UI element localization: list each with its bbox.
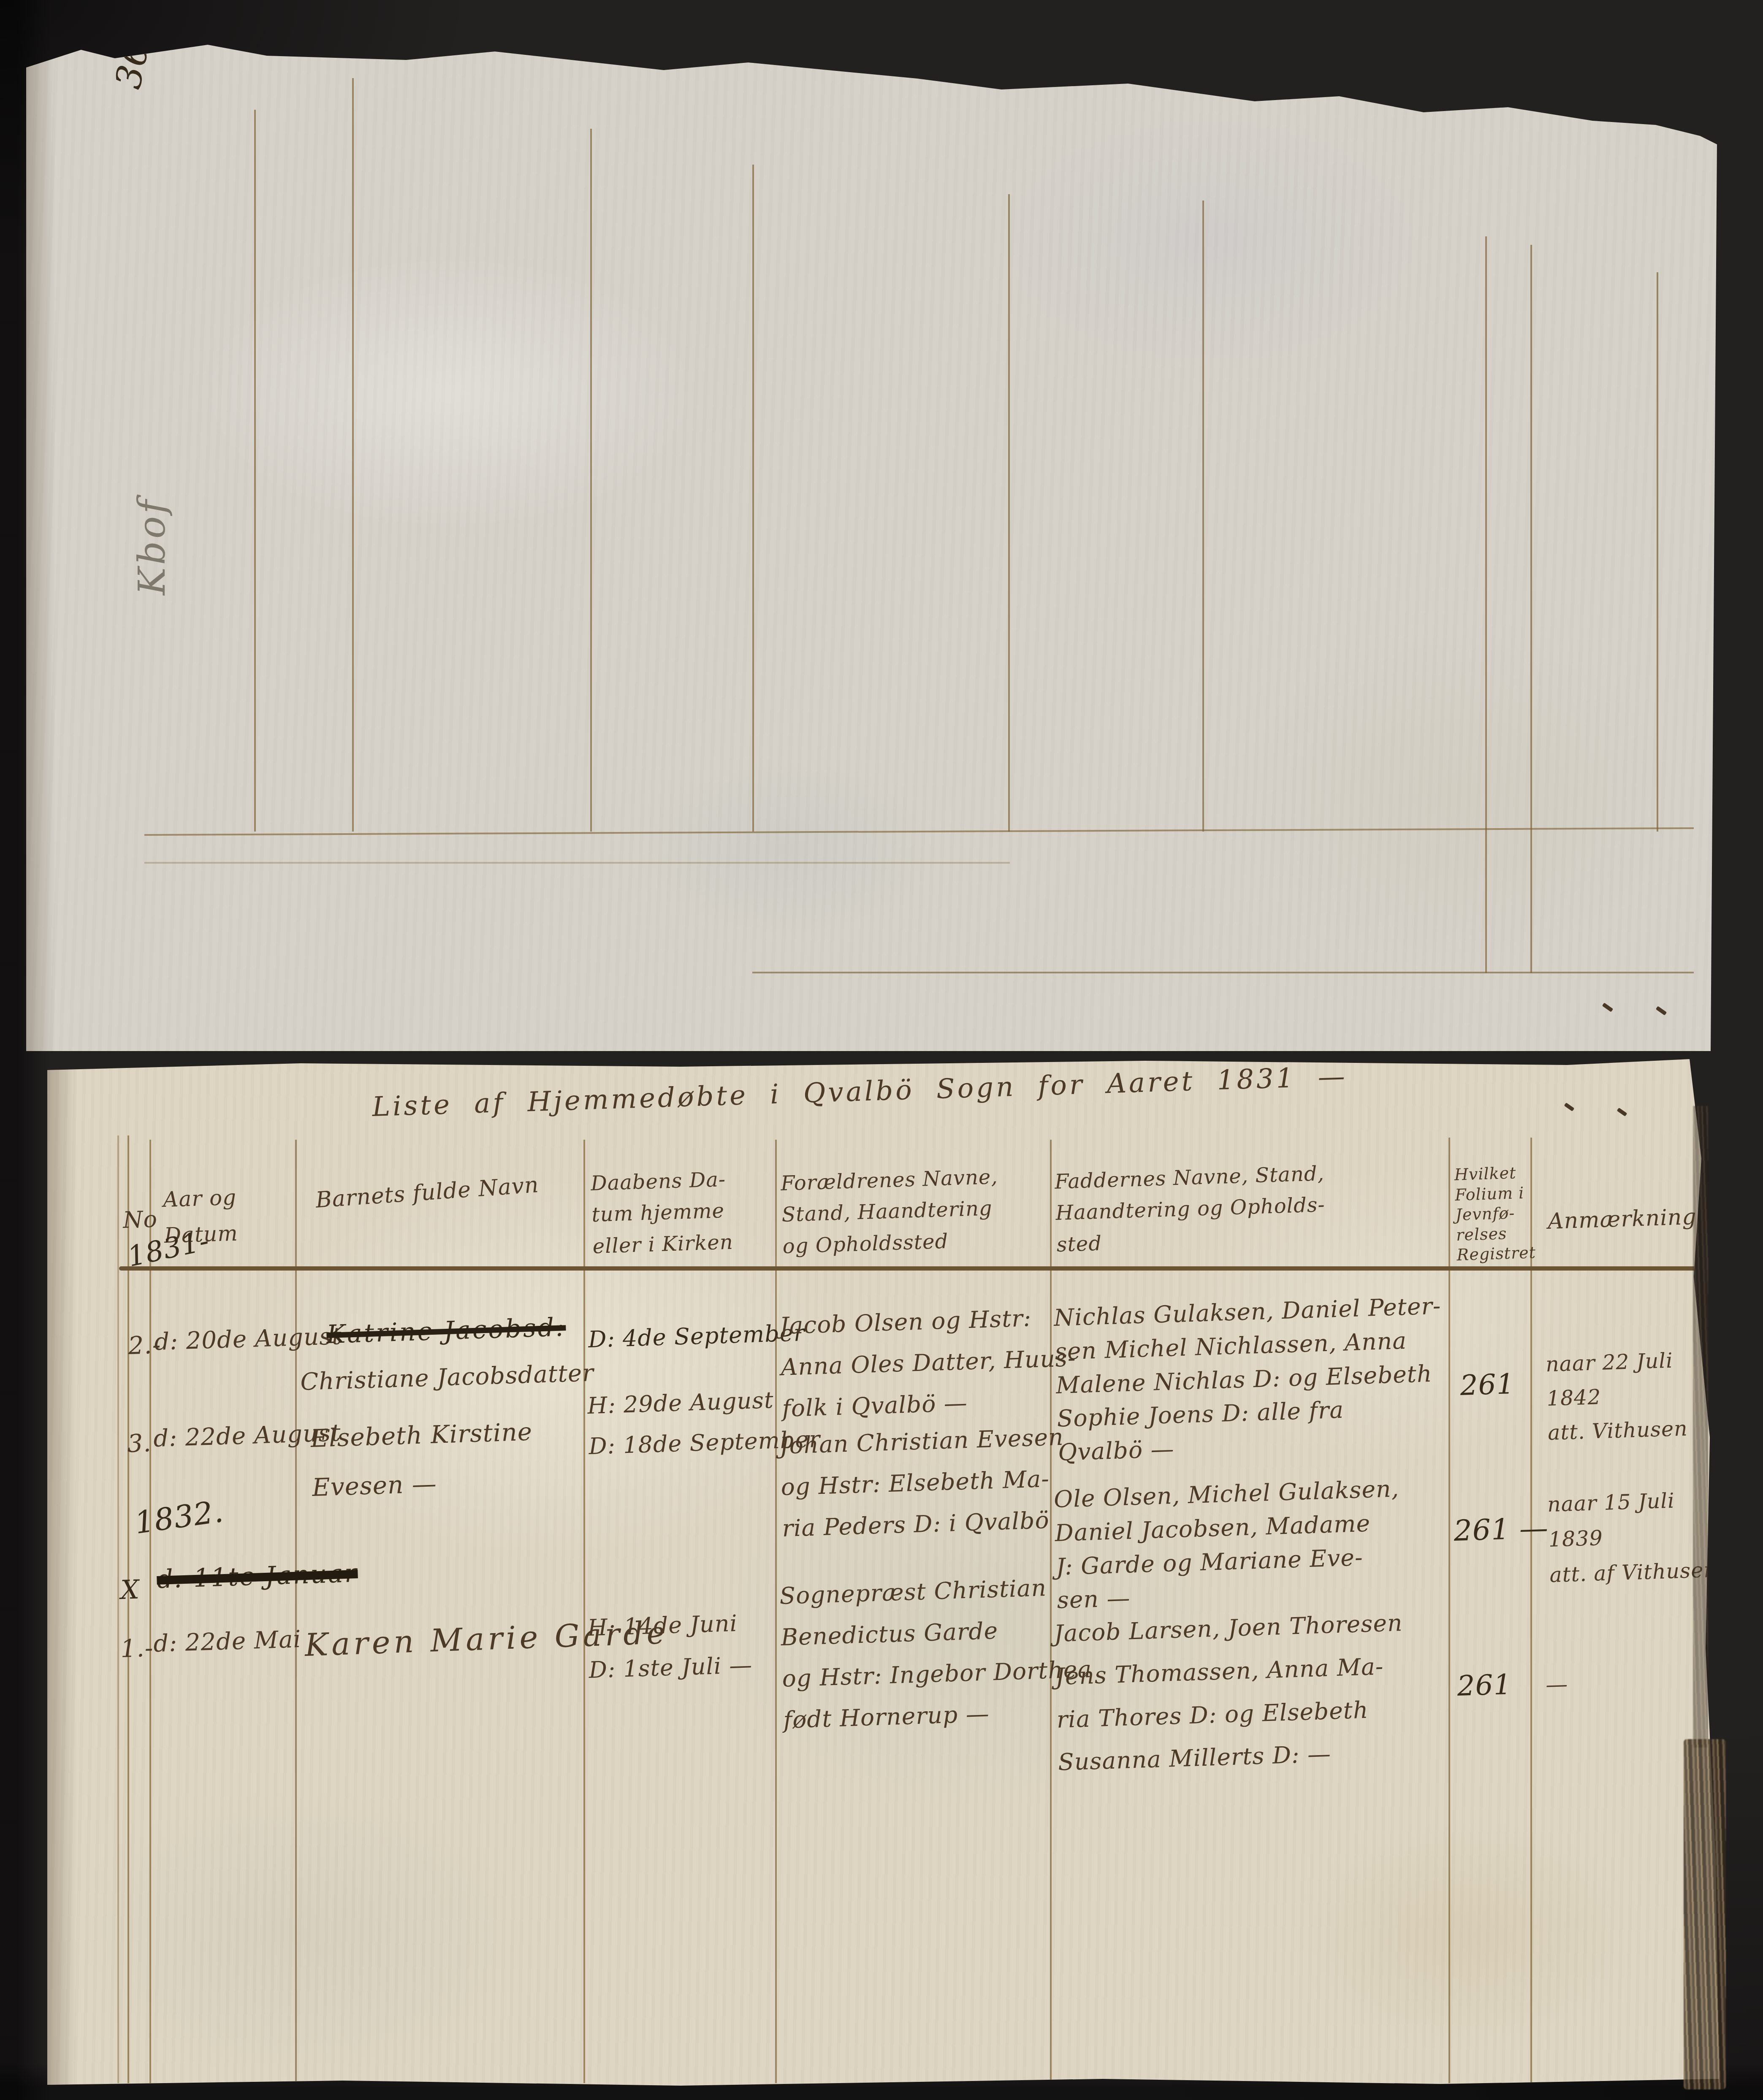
entry2-name: Christiane Jacobsdatter xyxy=(300,1355,594,1400)
ink-mark xyxy=(1602,1003,1613,1012)
entry1-no: 1.- xyxy=(120,1630,154,1667)
ink-mark xyxy=(1564,1103,1575,1111)
column-rule xyxy=(149,1140,151,2083)
entry3-folio: 261 — xyxy=(1453,1507,1549,1553)
entry1-remarks: — xyxy=(1545,1668,1568,1702)
year-label-1832: 1832. xyxy=(132,1488,226,1546)
column-rule xyxy=(295,1140,297,2083)
column-rule xyxy=(1448,1138,1450,2083)
header-rule xyxy=(119,1266,1698,1271)
entry2-date: d: 20de August xyxy=(154,1319,342,1360)
entry2-godparents: Nichlas Gulaksen, Daniel Peter- sen Mich… xyxy=(1053,1289,1446,1469)
col-header-remarks: Anmærkning xyxy=(1547,1200,1697,1238)
entry3-parents: Johan Christian Evesen og Hstr: Elsebeth… xyxy=(779,1417,1067,1550)
entry2-baptism: D: 4de September xyxy=(588,1316,806,1357)
entry1-parents: Sognepræst Christian Benedictus Garde og… xyxy=(779,1566,1094,1741)
column-rule xyxy=(583,1140,585,2083)
pencil-annotation: Kbof xyxy=(124,497,180,595)
column-rule xyxy=(590,129,592,832)
entry2-name-struck: Katrine Jacobsd: xyxy=(326,1308,567,1354)
entry2-folio: 261 xyxy=(1459,1363,1515,1406)
entry1-date: d: 22de Mai xyxy=(153,1622,302,1662)
lower-page-gutter-shadow xyxy=(47,1057,77,2089)
column-rule xyxy=(1530,245,1532,973)
col-header-name: Barnets fulde Navn xyxy=(315,1168,540,1217)
col-header-baptism: Daabens Da- tum hjemme eller i Kirken xyxy=(590,1164,734,1263)
entry2-parents: Jacob Olsen og Hstr: Anna Oles Datter, H… xyxy=(779,1296,1078,1429)
ink-mark xyxy=(1656,1006,1667,1015)
list-title: Liste af Hjemmedøbte i Qvalbö Sogn for A… xyxy=(372,1052,1470,1127)
column-rule xyxy=(254,110,256,832)
entry3-godparents: Ole Olsen, Michel Gulaksen, Daniel Jacob… xyxy=(1053,1472,1403,1618)
col-header-parents: Forældrenes Navne, Stand, Haandtering og… xyxy=(780,1161,1000,1262)
column-rule xyxy=(752,165,754,832)
col-header-godparents: Faddernes Navne, Stand, Haandtering og O… xyxy=(1054,1158,1327,1260)
column-rule xyxy=(1202,201,1204,832)
column-rule xyxy=(1530,1138,1532,2083)
page-number: 36. xyxy=(101,26,165,93)
row-rule xyxy=(144,862,1010,864)
column-rule xyxy=(1657,272,1658,832)
entry1-godparents: Jacob Larsen, Joen Thoresen Jens Thomass… xyxy=(1053,1601,1407,1784)
entry3-name: Elsebeth Kirstine Evesen — xyxy=(310,1407,534,1512)
upper-page-gutter-shadow xyxy=(26,38,56,1051)
column-rule xyxy=(1008,194,1010,832)
col-header-folio: Hvilket Folium i Jevnfø- relses Registre… xyxy=(1454,1162,1536,1265)
row-rule xyxy=(752,972,1694,973)
column-rule xyxy=(352,78,354,832)
left-edge-rule xyxy=(127,1135,129,2083)
column-rule xyxy=(775,1140,777,2083)
upper-page: 36. Kbof xyxy=(26,38,1717,1051)
cancelled-entry-no: X xyxy=(120,1570,140,1610)
lower-page: Liste af Hjemmedøbte i Qvalbö Sogn for A… xyxy=(47,1057,1719,2089)
book-edge-stack xyxy=(1684,1739,1726,2089)
cancelled-entry-date: d: 11te Januar xyxy=(156,1554,358,1599)
entry1-baptism: H: 14de Juni D: 1ste Juli — xyxy=(587,1602,753,1691)
book-edge-stack xyxy=(1693,1106,1708,1748)
entry3-no: 3. xyxy=(127,1425,152,1462)
row-rule xyxy=(144,827,1694,836)
entry1-folio: 261 xyxy=(1457,1664,1512,1707)
ink-mark xyxy=(1617,1108,1627,1116)
column-rule xyxy=(1485,236,1487,973)
left-edge-rule xyxy=(117,1135,119,2083)
